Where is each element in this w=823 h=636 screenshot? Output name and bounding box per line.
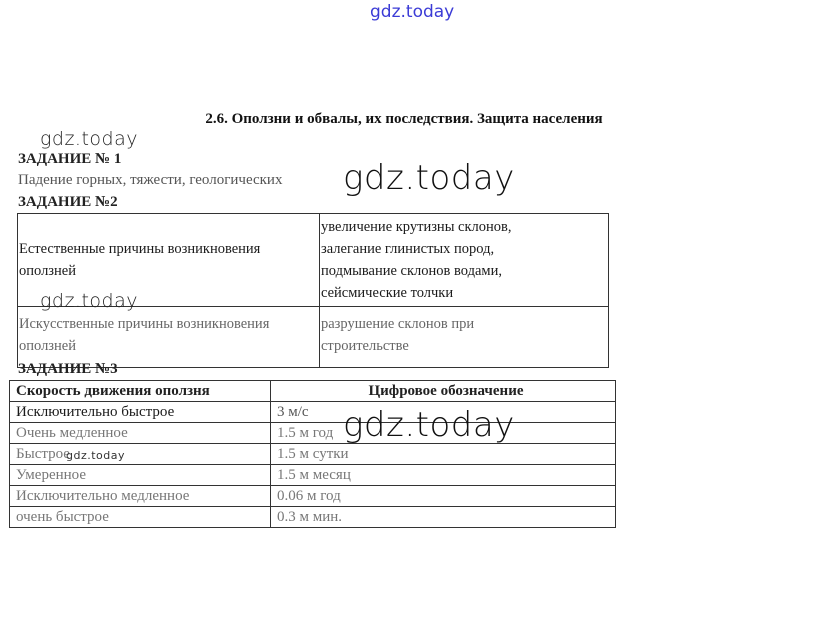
- task1-answer: Падение горных, тяжести, геологических: [18, 172, 282, 189]
- task3-heading: ЗАДАНИЕ №3: [18, 361, 118, 378]
- cause-value-line: сейсмические толчки: [321, 282, 608, 304]
- watermark: gdz.today: [343, 405, 515, 445]
- watermark: gdz.today: [40, 290, 138, 312]
- table-row: Искусственные причины возникновения опол…: [18, 307, 609, 368]
- value-cell: 1.5 м сутки: [271, 444, 616, 465]
- speed-cell: Исключительно быстрое: [10, 402, 271, 423]
- column-header: Цифровое обозначение: [271, 381, 616, 402]
- table-row: Умеренное 1.5 м месяц: [10, 465, 616, 486]
- cause-label: Искусственные причины возникновения опол…: [18, 307, 320, 368]
- cause-value-line: подмывание склонов водами,: [321, 260, 608, 282]
- table-row: Очень медленное 1.5 м год: [10, 423, 616, 444]
- cause-value-line: залегание глинистых пород,: [321, 238, 608, 260]
- speed-cell: Очень медленное: [10, 423, 271, 444]
- watermark: gdz.today: [40, 128, 138, 150]
- value-cell: 1.5 м месяц: [271, 465, 616, 486]
- speed-cell: Умеренное: [10, 465, 271, 486]
- task1-heading: ЗАДАНИЕ № 1: [18, 151, 121, 168]
- watermark: gdz.today: [343, 158, 515, 198]
- cause-value: разрушение склонов при строительстве: [320, 307, 609, 368]
- watermark: gdz.today: [66, 449, 125, 462]
- task2-heading: ЗАДАНИЕ №2: [18, 194, 118, 211]
- column-header: Скорость движения оползня: [10, 381, 271, 402]
- value-cell: 0.3 м мин.: [271, 507, 616, 528]
- table-row: очень быстрое 0.3 м мин.: [10, 507, 616, 528]
- cause-value: увеличение крутизны склонов, залегание г…: [320, 214, 609, 307]
- cause-value-line: увеличение крутизны склонов,: [321, 216, 608, 238]
- table-header-row: Скорость движения оползня Цифровое обозн…: [10, 381, 616, 402]
- speed-cell: Быстрое: [10, 444, 271, 465]
- speed-cell: Исключительно медленное: [10, 486, 271, 507]
- cause-value-line: строительстве: [321, 335, 608, 357]
- speed-cell: очень быстрое: [10, 507, 271, 528]
- value-cell: 0.06 м год: [271, 486, 616, 507]
- cause-value-line: разрушение склонов при: [321, 313, 608, 335]
- table-row: Исключительно быстрое 3 м/с: [10, 402, 616, 423]
- watermark-top: gdz.today: [370, 2, 454, 22]
- table-row: Исключительно медленное 0.06 м год: [10, 486, 616, 507]
- page-title: 2.6. Оползни и обвалы, их последствия. З…: [0, 111, 808, 128]
